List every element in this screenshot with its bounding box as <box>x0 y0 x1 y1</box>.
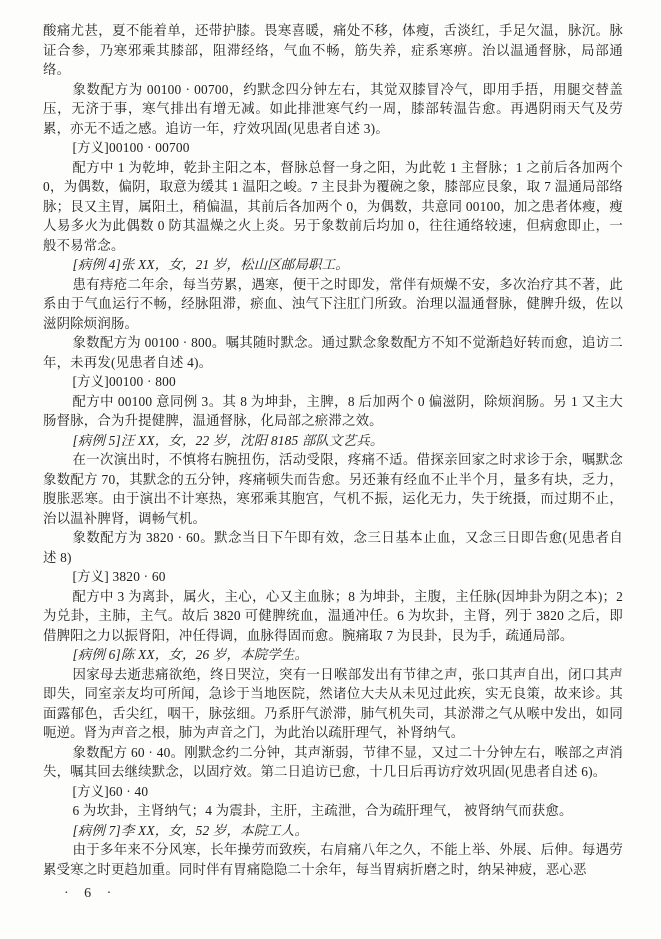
paragraph: [方义]60 · 40 <box>43 782 623 802</box>
paragraph: 象数配方 60 · 40。刚默念约二分钟，其声渐弱，节律不显，又过二十分钟左右，… <box>43 743 623 782</box>
paragraph: 配方中 00100 意同例 3。其 8 为坤卦，主脾，8 后加两个 0 偏滋阴，… <box>43 392 623 431</box>
paragraph: [方义]00100 · 800 <box>43 372 623 392</box>
paragraph: 患有痔疮二年余，每当劳累，遇寒，便干之时即发，常伴有烦燥不安，多次治疗其不著，此… <box>43 275 623 334</box>
paragraph: 酸痛尤甚，夏不能着单，还带护膝。畏寒喜暖，痛处不移，体瘦，舌淡红，手足欠温，脉沉… <box>43 21 623 80</box>
paragraph: 6 为坎卦，主肾纳气；4 为震卦，主肝，主疏泄，合为疏肝理气， 被肾纳气而获愈。 <box>43 801 623 821</box>
page-number: · 6 · <box>64 886 117 902</box>
paragraph: 象数配方为 00100 · 00700，约默念四分钟左右，其觉双膝冒冷气，即用手… <box>43 80 623 139</box>
paragraph: [病例 4]张 XX，女，21 岁，松山区邮局职工。 <box>43 255 623 275</box>
paragraph: [病例 5]汪 XX，女，22 岁，沈阳 8185 部队文艺兵。 <box>43 431 623 451</box>
paragraph: 象数配方为 00100 · 800。嘱其随时默念。通过默念象数配方不知不觉渐趋好… <box>43 333 623 372</box>
paragraph: 在一次演出时，不慎将右腕扭伤，活动受限，疼痛不适。借探亲回家之时求诊于余，嘱默念… <box>43 450 623 528</box>
paragraph: [病例 7]李 XX，女，52 岁，本院工人。 <box>43 821 623 841</box>
paragraph: [方义]00100 · 00700 <box>43 138 623 158</box>
paragraph: [方义] 3820 · 60 <box>43 567 623 587</box>
paragraph: 由于多年来不分风寒，长年操劳而致疾，右肩痛八年之久，不能上举、外展、后伸。每遇劳… <box>43 840 623 879</box>
paragraph: [病例 6]陈 XX，女，26 岁，本院学生。 <box>43 645 623 665</box>
book-page: 酸痛尤甚，夏不能着单，还带护膝。畏寒喜暖，痛处不移，体瘦，舌淡红，手足欠温，脉沉… <box>0 0 661 939</box>
paragraph: 因家母去逝悲痛欲绝，终日哭泣，突有一日喉部发出有节律之声，张口其声自出，闭口其声… <box>43 665 623 743</box>
paragraph: 配方中 3 为离卦，属火，主心，心又主血脉；8 为坤卦，主腹，主任脉(因坤卦为阴… <box>43 587 623 646</box>
paragraph: 配方中 1 为乾坤，乾卦主阳之本，督脉总督一身之阳，为此乾 1 主督脉；1 之前… <box>43 158 623 256</box>
page-text: 酸痛尤甚，夏不能着单，还带护膝。畏寒喜暖，痛处不移，体瘦，舌淡红，手足欠温，脉沉… <box>43 21 623 879</box>
paragraph: 象数配方为 3820 · 60。默念当日下午即有效，念三日基本止血，又念三日即告… <box>43 528 623 567</box>
